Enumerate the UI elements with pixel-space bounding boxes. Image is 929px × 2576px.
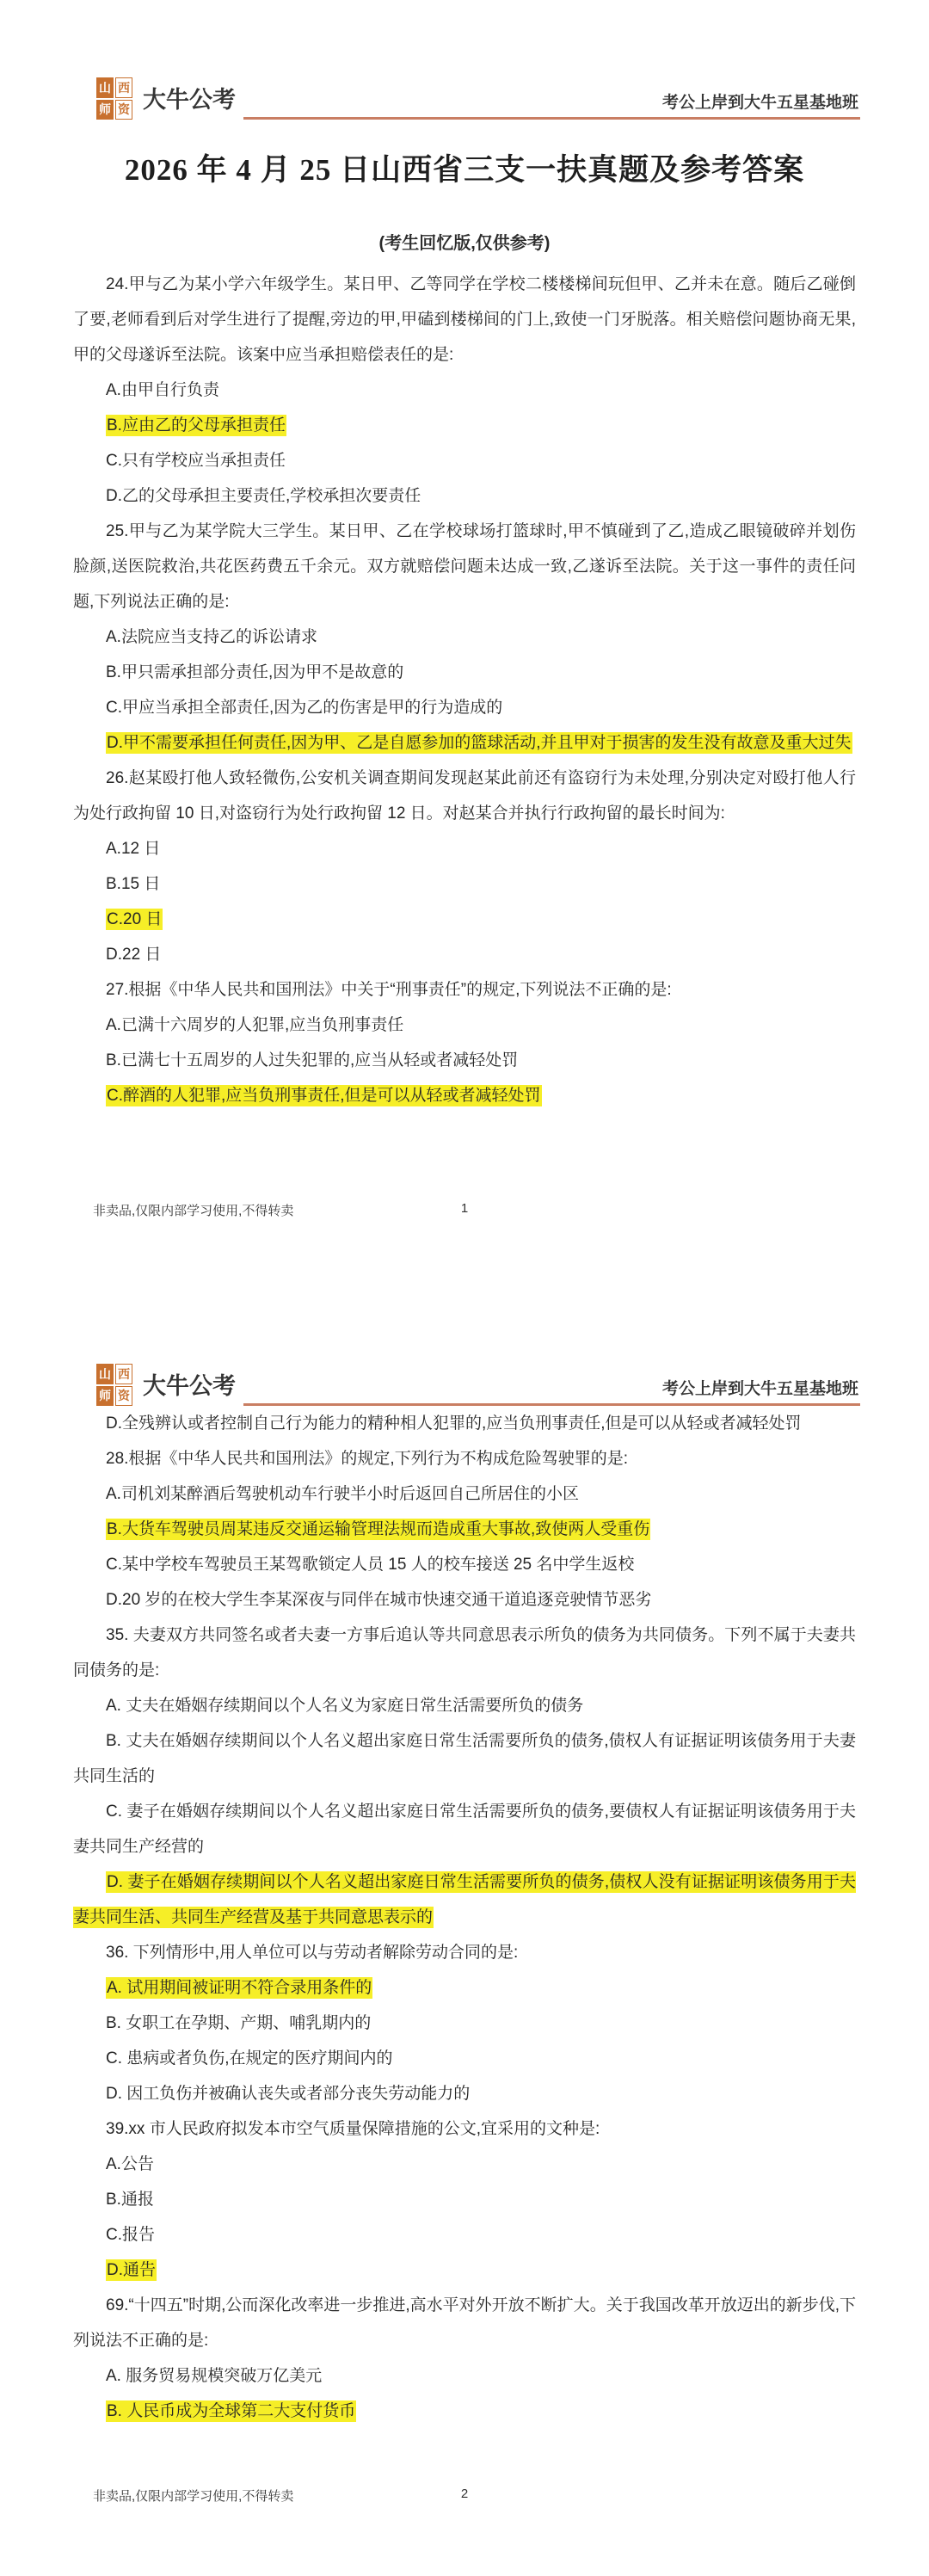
highlighted-answer-line: D. 妻子在婚姻存续期间以个人名义超出家庭日常生活需要所负的债务,债权人没有证据… [73, 1864, 856, 1935]
text-line: B.通报 [73, 2182, 856, 2217]
text-line: 28.根据《中华人民共和国刑法》的规定,下列行为不构成危险驾驶罪的是: [73, 1441, 856, 1476]
header-slogan: 考公上岸到大牛五星基地班 [662, 1376, 858, 1399]
highlighted-answer-line: A. 试用期间被证明不符合录用条件的 [73, 1970, 856, 2006]
text-line: 24.甲与乙为某小学六年级学生。某日甲、乙等同学在学校二楼楼梯间玩但甲、乙并未在… [73, 267, 856, 373]
highlighted-answer-line: B. 人民币成为全球第二大支付货币 [73, 2394, 856, 2429]
header-slogan: 考公上岸到大牛五星基地班 [662, 89, 858, 113]
highlight-mark: A. 试用期间被证明不符合录用条件的 [106, 1977, 372, 1999]
document-title: 2026 年 4 月 25 日山西省三支一扶真题及参考答案 [0, 146, 929, 189]
highlighted-answer-line: C.20 日 [73, 902, 856, 937]
brand-name: 大牛公考 [143, 81, 236, 114]
text-line: B. 女职工在孕期、产期、哺乳期内的 [73, 2006, 856, 2041]
page1-header: 山 西 师 资 大牛公考 考公上岸到大牛五星基地班 [0, 74, 929, 124]
highlight-mark: D. 妻子在婚姻存续期间以个人名义超出家庭日常生活需要所负的债务,债权人没有证据… [73, 1871, 856, 1928]
highlighted-answer-line: B.应由乙的父母承担责任 [73, 408, 856, 443]
page-number: 1 [0, 1201, 929, 1216]
logo-cell-zi: 资 [115, 100, 132, 120]
text-line: C.报告 [73, 2217, 856, 2252]
text-line: A.由甲自行负责 [73, 373, 856, 408]
text-line: D.乙的父母承担主要责任,学校承担次要责任 [73, 478, 856, 514]
brand-name: 大牛公考 [143, 1367, 236, 1401]
logo-cell-shan: 山 [96, 77, 114, 98]
logo-cell-xi: 西 [115, 1364, 132, 1384]
page2-content: D.全残辨认或者控制自己行为能力的精种相人犯罪的,应当负刑事责任,但是可以从轻或… [73, 1406, 856, 2429]
highlighted-answer-line: B.大货车驾驶员周某违反交通运输管理法规而造成重大事故,致使两人受重伤 [73, 1512, 856, 1547]
text-line: A.法院应当支持乙的诉讼请求 [73, 619, 856, 655]
text-line: D.全残辨认或者控制自己行为能力的精种相人犯罪的,应当负刑事责任,但是可以从轻或… [73, 1406, 856, 1441]
text-line: B.已满七十五周岁的人过失犯罪的,应当从轻或者减轻处罚 [73, 1043, 856, 1078]
highlight-mark: B.应由乙的父母承担责任 [106, 415, 286, 436]
highlight-mark: B.大货车驾驶员周某违反交通运输管理法规而造成重大事故,致使两人受重伤 [106, 1519, 650, 1540]
highlight-mark: B. 人民币成为全球第二大支付货币 [106, 2400, 356, 2422]
text-line: A. 服务贸易规模突破万亿美元 [73, 2358, 856, 2394]
header-rule [243, 117, 860, 120]
page-number: 2 [0, 2487, 929, 2501]
text-line: 35. 夫妻双方共同签名或者夫妻一方事后追认等共同意思表示所负的债务为共同债务。… [73, 1618, 856, 1688]
text-line: 69.“十四五”时期,公而深化改率进一步推进,高水平对外开放不断扩大。关于我国改… [73, 2288, 856, 2358]
text-line: A. 丈夫在婚姻存续期间以个人名义为家庭日常生活需要所负的债务 [73, 1688, 856, 1723]
document-canvas: 山 西 师 资 大牛公考 考公上岸到大牛五星基地班 2026 年 4 月 25 … [0, 0, 929, 2576]
brand-logo: 山 西 师 资 [96, 1364, 132, 1406]
text-line: B.15 日 [73, 866, 856, 902]
text-line: D. 因工负伤并被确认丧失或者部分丧失劳动能力的 [73, 2076, 856, 2111]
text-line: D.22 日 [73, 937, 856, 972]
text-line: C.甲应当承担全部责任,因为乙的伤害是甲的行为造成的 [73, 690, 856, 725]
highlighted-answer-line: C.醉酒的人犯罪,应当负刑事责任,但是可以从轻或者减轻处罚 [73, 1078, 856, 1113]
page2-header: 山 西 师 资 大牛公考 考公上岸到大牛五星基地班 [0, 1360, 929, 1410]
text-line: A.司机刘某醉酒后驾驶机动车行驶半小时后返回自己所居住的小区 [73, 1476, 856, 1512]
page1-footer: 非卖品,仅限内部学习使用,不得转卖 1 [0, 1201, 929, 1222]
logo-cell-shan: 山 [96, 1364, 114, 1384]
text-line: B.甲只需承担部分责任,因为甲不是故意的 [73, 655, 856, 690]
text-line: C.某中学校车驾驶员王某驾歌锁定人员 15 人的校车接送 25 名中学生返校 [73, 1547, 856, 1582]
text-line: 25.甲与乙为某学院大三学生。某日甲、乙在学校球场打篮球时,甲不慎碰到了乙,造成… [73, 514, 856, 619]
logo-cell-xi: 西 [115, 77, 132, 98]
text-line: C. 妻子在婚姻存续期间以个人名义超出家庭日常生活需要所负的债务,要债权人有证据… [73, 1794, 856, 1864]
highlight-mark: D.甲不需要承担任何责任,因为甲、乙是自愿参加的篮球活动,并且甲对于损害的发生没… [106, 732, 852, 754]
page1-content: 24.甲与乙为某小学六年级学生。某日甲、乙等同学在学校二楼楼梯间玩但甲、乙并未在… [73, 267, 856, 1113]
highlight-mark: C.20 日 [106, 909, 163, 930]
text-line: B. 丈夫在婚姻存续期间以个人名义超出家庭日常生活需要所负的债务,债权人有证据证… [73, 1723, 856, 1794]
brand-logo: 山 西 师 资 [96, 77, 132, 120]
highlighted-answer-line: D.甲不需要承担任何责任,因为甲、乙是自愿参加的篮球活动,并且甲对于损害的发生没… [73, 725, 856, 761]
page2-footer: 非卖品,仅限内部学习使用,不得转卖 2 [0, 2487, 929, 2507]
highlight-mark: D.通告 [106, 2259, 157, 2281]
text-line: 27.根据《中华人民共和国刑法》中关于“刑事责任”的规定,下列说法不正确的是: [73, 972, 856, 1008]
text-line: A.公告 [73, 2147, 856, 2182]
text-line: 39.xx 市人民政府拟发本市空气质量保障措施的公文,宜采用的文种是: [73, 2111, 856, 2147]
highlighted-answer-line: D.通告 [73, 2252, 856, 2288]
text-line: A.已满十六周岁的人犯罪,应当负刑事责任 [73, 1008, 856, 1043]
highlight-mark: C.醉酒的人犯罪,应当负刑事责任,但是可以从轻或者减轻处罚 [106, 1085, 542, 1106]
text-line: 26.赵某殴打他人致轻微伤,公安机关调查期间发现赵某此前还有盗窃行为未处理,分别… [73, 761, 856, 831]
document-subtitle: (考生回忆版,仅供参考) [0, 229, 929, 254]
logo-cell-shi: 师 [96, 1386, 114, 1407]
text-line: C.只有学校应当承担责任 [73, 443, 856, 478]
logo-cell-shi: 师 [96, 100, 114, 120]
text-line: C. 患病或者负伤,在规定的医疗期间内的 [73, 2041, 856, 2076]
text-line: D.20 岁的在校大学生李某深夜与同伴在城市快速交通干道追逐竞驶情节恶劣 [73, 1582, 856, 1618]
logo-cell-zi: 资 [115, 1386, 132, 1407]
text-line: A.12 日 [73, 831, 856, 866]
text-line: 36. 下列情形中,用人单位可以与劳动者解除劳动合同的是: [73, 1935, 856, 1970]
